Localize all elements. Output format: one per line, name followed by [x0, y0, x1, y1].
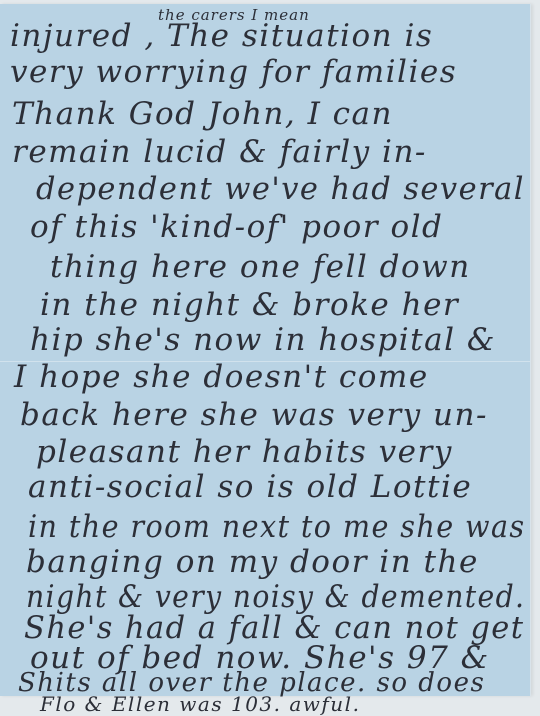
letter-line-20: Flo & Ellen was 103. awful. [40, 692, 360, 700]
letter-line-13: anti-social so is old Lottie [28, 469, 472, 505]
letter-line-2: very worrying for families [10, 54, 457, 90]
letter-line-1: injured , The situation is [10, 18, 433, 54]
letter-line-8: in the night & broke her [40, 287, 459, 323]
letter-line-12: pleasant her habits very [36, 434, 453, 470]
letter-line-14: in the room next to me she was [28, 509, 526, 545]
letter-line-11: back here she was very un- [20, 397, 488, 433]
letter-line-3: Thank God John, I can [12, 96, 393, 132]
letter-line-4: remain lucid & fairly in- [12, 134, 427, 170]
letter-line-15: banging on my door in the [26, 544, 479, 580]
letter-line-6: of this 'kind-of' poor old [30, 209, 443, 245]
letter-page: the carers I mean injured , The situatio… [0, 4, 531, 696]
letter-line-9: hip she's now in hospital & [30, 322, 496, 358]
letter-line-10: I hope she doesn't come [14, 359, 429, 395]
letter-line-5: dependent we've had several [36, 171, 525, 207]
letter-line-7: thing here one fell down [50, 249, 471, 285]
